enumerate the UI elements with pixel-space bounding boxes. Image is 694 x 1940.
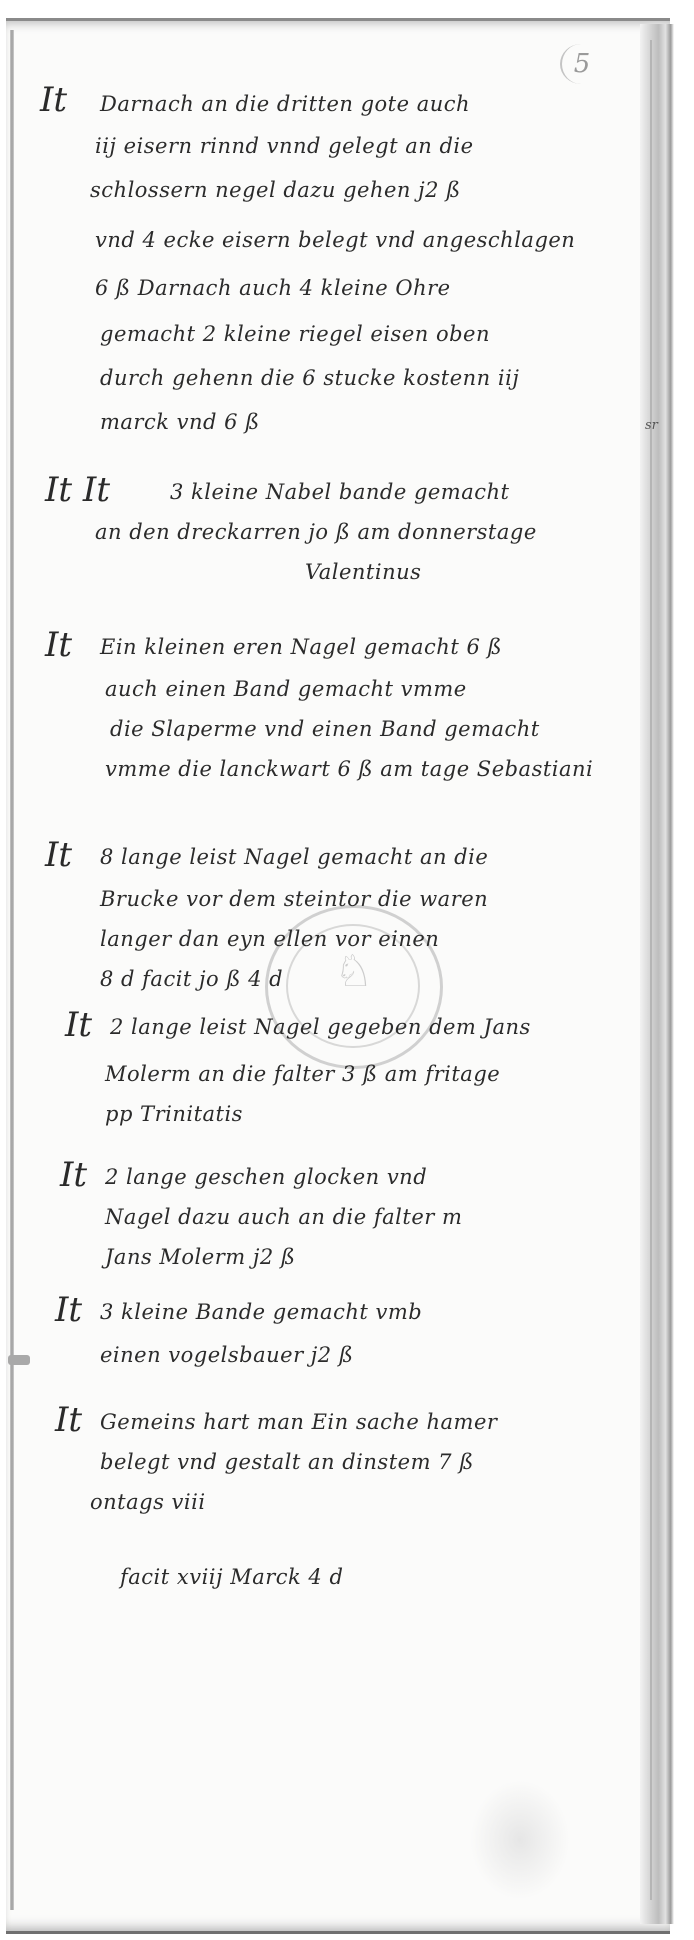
entry-line: einen vogelsbauer j2 ß [100, 1343, 353, 1367]
entry-line: 2 lange geschen glocken vnd [105, 1165, 427, 1189]
entry-line: schlossern negel dazu gehen j2 ß [90, 178, 461, 202]
item-marker: It [45, 625, 72, 665]
entry-line: vnd 4 ecke eisern belegt vnd angeschlage… [95, 228, 575, 252]
item-marker: It [65, 1005, 92, 1045]
entry-line: Gemeins hart man Ein sache hamer [100, 1410, 497, 1434]
entry-line: Valentinus [305, 560, 421, 584]
entry-line: ontags viii [90, 1490, 206, 1514]
entry-line: 6 ß Darnach auch 4 kleine Ohre [95, 276, 451, 300]
paper-stain [470, 1780, 570, 1900]
left-binding-edge [10, 30, 14, 1910]
entry-line: 3 kleine Nabel bande gemacht [170, 480, 509, 504]
entry-line: 2 lange leist Nagel gegeben dem Jans [110, 1015, 531, 1039]
item-marker: It [60, 1155, 87, 1195]
entry-line: pp Trinitatis [105, 1102, 243, 1126]
item-marker: It [40, 80, 67, 120]
entry-line: Nagel dazu auch an die falter m [105, 1205, 462, 1229]
entry-line: Jans Molerm j2 ß [105, 1245, 295, 1269]
entry-line: vmme die lanckwart 6 ß am tage Sebastian… [105, 757, 593, 781]
entry-line: durch gehenn die 6 stucke kostenn iij [100, 366, 519, 390]
entry-line: Ein kleinen eren Nagel gemacht 6 ß [100, 635, 502, 659]
item-marker: It It [45, 470, 110, 510]
entry-line: an den dreckarren jo ß am donnerstage [95, 520, 537, 544]
right-fold-line [650, 40, 652, 1900]
entry-line: belegt vnd gestalt an dinstem 7 ß [100, 1450, 474, 1474]
entry-line: 3 kleine Bande gemacht vmb [100, 1300, 422, 1324]
entry-line: iij eisern rinnd vnnd gelegt an die [95, 134, 474, 158]
entry-line: marck vnd 6 ß [100, 410, 260, 434]
entry-line: die Slaperme vnd einen Band gemacht [110, 717, 540, 741]
margin-mark: sr [645, 418, 658, 433]
right-page-edge [640, 24, 674, 1924]
lion-icon: ♘ [334, 946, 373, 997]
item-marker: It [55, 1290, 82, 1330]
entry-line: Darnach an die dritten gote auch [100, 92, 470, 116]
total-sum: facit xviij Marck 4 d [120, 1565, 343, 1589]
item-marker: It [55, 1400, 82, 1440]
entry-line: auch einen Band gemacht vmme [105, 677, 467, 701]
entry-line: 8 lange leist Nagel gemacht an die [100, 845, 488, 869]
entry-line: Brucke vor dem steintor die waren [100, 887, 488, 911]
entry-line: gemacht 2 kleine riegel eisen oben [100, 322, 490, 346]
binding-thread [8, 1355, 30, 1365]
entry-line: Molerm an die falter 3 ß am fritage [105, 1062, 500, 1086]
folio-number: 5 [560, 44, 602, 84]
entry-line: langer dan eyn ellen vor einen [100, 927, 439, 951]
item-marker: It [45, 835, 72, 875]
entry-line: 8 d facit jo ß 4 d [100, 967, 283, 991]
